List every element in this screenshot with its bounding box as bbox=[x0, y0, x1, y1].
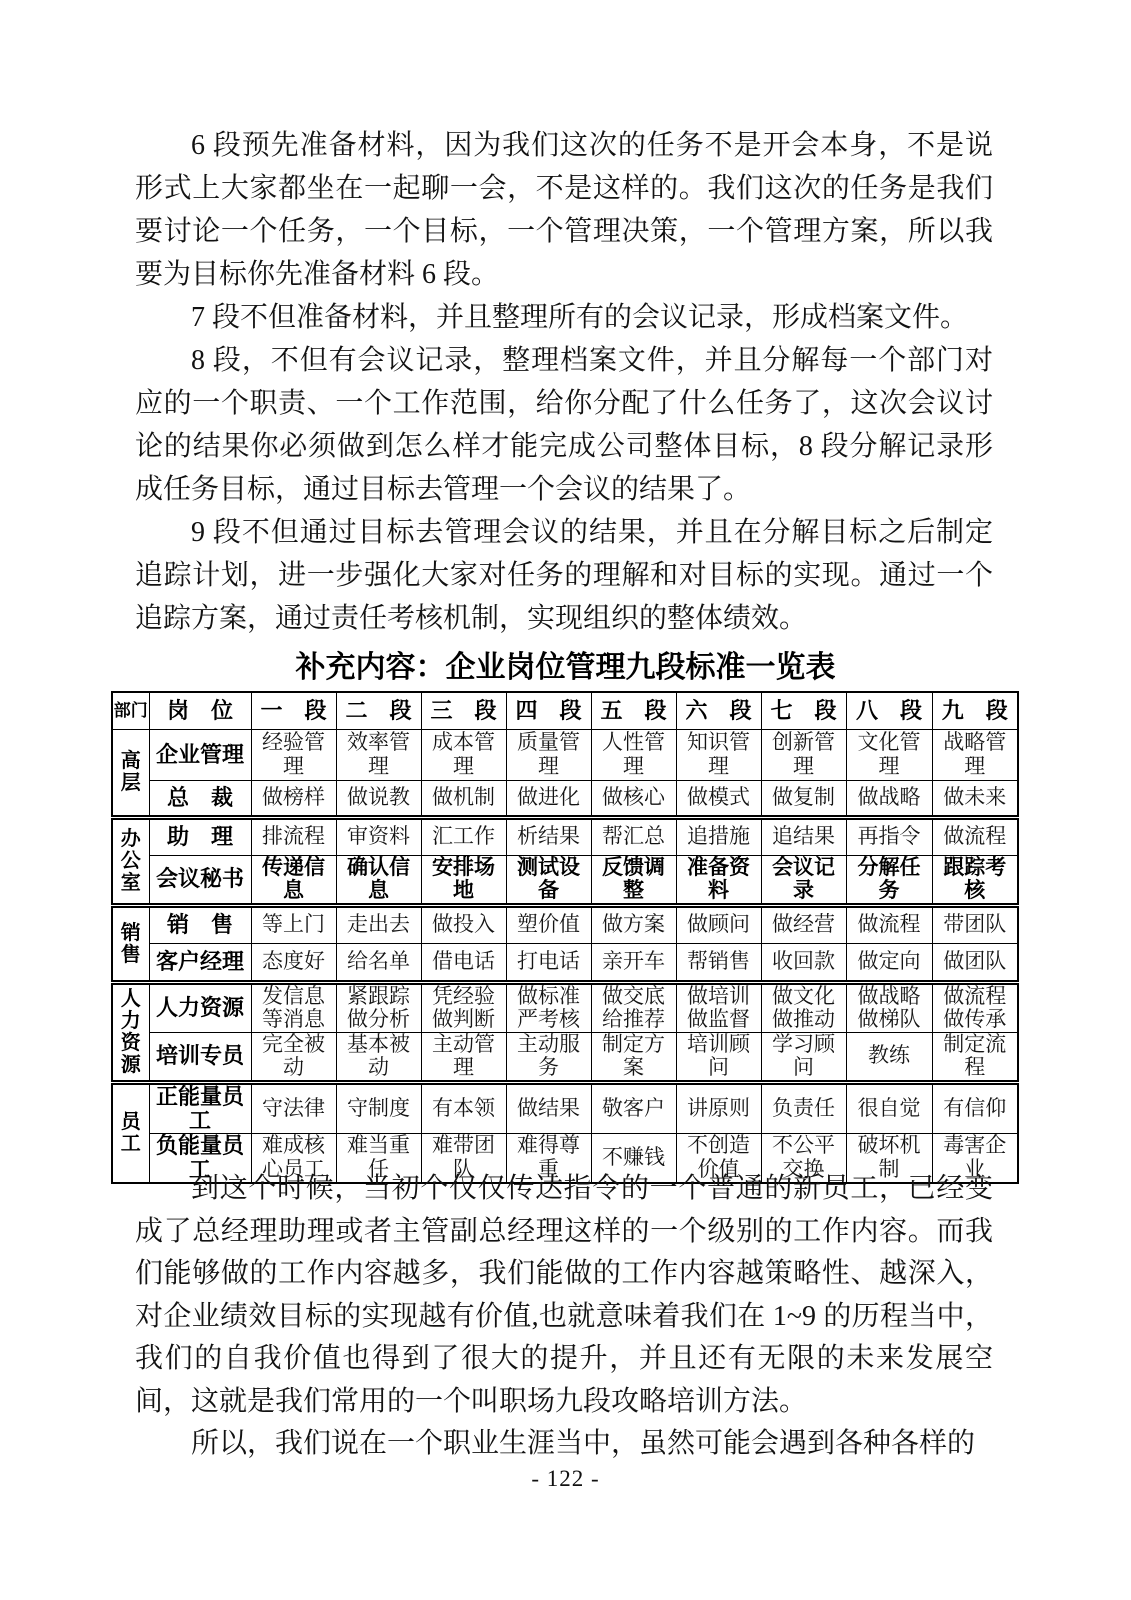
table-cell: 制定方案 bbox=[591, 1032, 676, 1082]
table-cell: 主动服务 bbox=[506, 1032, 591, 1082]
table-cell: 反馈调整 bbox=[591, 855, 676, 905]
table-cell: 做定向 bbox=[846, 943, 932, 982]
table-cell: 成本管理 bbox=[421, 729, 506, 780]
table-cell: 讲原则 bbox=[676, 1082, 761, 1133]
table-cell: 制定流程 bbox=[932, 1032, 1018, 1082]
table-cell: 汇工作 bbox=[421, 817, 506, 855]
table-row-sales: 销售 销 售 等上门 走出去 做投入 塑价值 做方案 做顾问 做经营 做流程 带… bbox=[112, 905, 1018, 943]
table-row-hr: 人力资源 人力资源 发信息等消息 紧跟踪做分析 凭经验做判断 做标准严考核 做交… bbox=[112, 982, 1018, 1032]
table-cell: 凭经验做判断 bbox=[421, 982, 506, 1032]
header-cell-level-8: 八 段 bbox=[846, 692, 932, 729]
table-cell: 做榜样 bbox=[251, 780, 336, 817]
paragraph-level-8: 8 段，不但有会议记录，整理档案文件，并且分解每一个部门对应的一个职责、一个工作… bbox=[135, 339, 993, 511]
table-cell: 人性管理 bbox=[591, 729, 676, 780]
table-cell: 排流程 bbox=[251, 817, 336, 855]
header-cell-level-1: 一 段 bbox=[251, 692, 336, 729]
table-row-assistant: 办公室 助 理 排流程 审资料 汇工作 析结果 帮汇总 追措施 追结果 再指令 … bbox=[112, 817, 1018, 855]
table-cell: 做文化做推动 bbox=[761, 982, 846, 1032]
header-cell-level-4: 四 段 bbox=[506, 692, 591, 729]
table-cell: 做机制 bbox=[421, 780, 506, 817]
table-cell: 做交底给推荐 bbox=[591, 982, 676, 1032]
table-cell: 等上门 bbox=[251, 905, 336, 943]
table-row-enterprise-mgmt: 高层 企业管理 经验管理 效率管理 成本管理 质量管理 人性管理 知识管理 创新… bbox=[112, 729, 1018, 780]
post-cell: 人力资源 bbox=[149, 982, 251, 1032]
table-cell: 带团队 bbox=[932, 905, 1018, 943]
table-cell: 给名单 bbox=[336, 943, 421, 982]
table-cell: 塑价值 bbox=[506, 905, 591, 943]
table-cell: 会议记录 bbox=[761, 855, 846, 905]
table-cell: 态度好 bbox=[251, 943, 336, 982]
post-cell: 客户经理 bbox=[149, 943, 251, 982]
table-cell: 文化管理 bbox=[846, 729, 932, 780]
table-cell: 培训顾问 bbox=[676, 1032, 761, 1082]
table-cell: 有本领 bbox=[421, 1082, 506, 1133]
table-cell: 安排场地 bbox=[421, 855, 506, 905]
table-cell: 做复制 bbox=[761, 780, 846, 817]
table-header-row: 部门 岗 位 一 段 二 段 三 段 四 段 五 段 六 段 七 段 八 段 九… bbox=[112, 692, 1018, 729]
table-cell: 主动管理 bbox=[421, 1032, 506, 1082]
table-cell: 做投入 bbox=[421, 905, 506, 943]
header-cell-level-5: 五 段 bbox=[591, 692, 676, 729]
table-cell: 学习顾问 bbox=[761, 1032, 846, 1082]
table-cell: 传递信息 bbox=[251, 855, 336, 905]
table-cell: 做流程 bbox=[932, 817, 1018, 855]
table-cell: 战略管理 bbox=[932, 729, 1018, 780]
table-cell: 确认信息 bbox=[336, 855, 421, 905]
table-cell: 做说教 bbox=[336, 780, 421, 817]
page-number: - 122 - bbox=[0, 1466, 1131, 1492]
table-cell: 跟踪考核 bbox=[932, 855, 1018, 905]
table-cell: 做方案 bbox=[591, 905, 676, 943]
table-cell: 打电话 bbox=[506, 943, 591, 982]
table-cell: 走出去 bbox=[336, 905, 421, 943]
table-cell: 做核心 bbox=[591, 780, 676, 817]
table-cell: 教练 bbox=[846, 1032, 932, 1082]
table-row-president: 总 裁 做榜样 做说教 做机制 做进化 做核心 做模式 做复制 做战略 做未来 bbox=[112, 780, 1018, 817]
table-cell: 发信息等消息 bbox=[251, 982, 336, 1032]
table-row-account-manager: 客户经理 态度好 给名单 借电话 打电话 亲开车 帮销售 收回款 做定向 做团队 bbox=[112, 943, 1018, 982]
intro-paragraphs: 6 段预先准备材料，因为我们这次的任务不是开会本身，不是说形式上大家都坐在一起聊… bbox=[135, 124, 993, 640]
header-cell-level-2: 二 段 bbox=[336, 692, 421, 729]
header-cell-level-3: 三 段 bbox=[421, 692, 506, 729]
table-cell: 借电话 bbox=[421, 943, 506, 982]
table-cell: 做顾问 bbox=[676, 905, 761, 943]
paragraph-summary: 到这个时候，当初个仅仅传达指令的一个普通的新员工，已经变成了总经理助理或者主管副… bbox=[135, 1168, 993, 1423]
table-cell: 做流程 bbox=[846, 905, 932, 943]
table-cell: 做结果 bbox=[506, 1082, 591, 1133]
dept-cell-sales: 销售 bbox=[112, 905, 149, 982]
table-cell: 质量管理 bbox=[506, 729, 591, 780]
paragraph-level-9: 9 段不但通过目标去管理会议的结果，并且在分解目标之后制定追踪计划，进一步强化大… bbox=[135, 511, 993, 640]
table-cell: 测试设备 bbox=[506, 855, 591, 905]
post-cell: 总 裁 bbox=[149, 780, 251, 817]
table-cell: 析结果 bbox=[506, 817, 591, 855]
header-cell-dept: 部门 bbox=[112, 692, 149, 729]
table-cell: 做模式 bbox=[676, 780, 761, 817]
table-cell: 帮销售 bbox=[676, 943, 761, 982]
paragraph-level-7: 7 段不但准备材料，并且整理所有的会议记录，形成档案文件。 bbox=[135, 296, 993, 339]
table-cell: 做战略做梯队 bbox=[846, 982, 932, 1032]
table-cell: 很自觉 bbox=[846, 1082, 932, 1133]
closing-paragraphs: 到这个时候，当初个仅仅传达指令的一个普通的新员工，已经变成了总经理助理或者主管副… bbox=[135, 1168, 993, 1466]
table-row-meeting-secretary: 会议秘书 传递信息 确认信息 安排场地 测试设备 反馈调整 准备资料 会议记录 … bbox=[112, 855, 1018, 905]
table-cell: 敬客户 bbox=[591, 1082, 676, 1133]
table-row-training-specialist: 培训专员 完全被动 基本被动 主动管理 主动服务 制定方案 培训顾问 学习顾问 … bbox=[112, 1032, 1018, 1082]
table-cell: 分解任务 bbox=[846, 855, 932, 905]
table-cell: 完全被动 bbox=[251, 1032, 336, 1082]
table-cell: 做标准严考核 bbox=[506, 982, 591, 1032]
table-cell: 审资料 bbox=[336, 817, 421, 855]
table-cell: 守法律 bbox=[251, 1082, 336, 1133]
table-cell: 追结果 bbox=[761, 817, 846, 855]
post-cell: 正能量员工 bbox=[149, 1082, 251, 1133]
document-page: 6 段预先准备材料，因为我们这次的任务不是开会本身，不是说形式上大家都坐在一起聊… bbox=[0, 0, 1131, 1600]
table-cell: 经验管理 bbox=[251, 729, 336, 780]
table-cell: 准备资料 bbox=[676, 855, 761, 905]
post-cell: 销 售 bbox=[149, 905, 251, 943]
table-cell: 做团队 bbox=[932, 943, 1018, 982]
table-cell: 紧跟踪做分析 bbox=[336, 982, 421, 1032]
table-cell: 收回款 bbox=[761, 943, 846, 982]
post-cell: 企业管理 bbox=[149, 729, 251, 780]
dept-cell-top-level: 高层 bbox=[112, 729, 149, 817]
table-cell: 知识管理 bbox=[676, 729, 761, 780]
table-cell: 创新管理 bbox=[761, 729, 846, 780]
table-cell: 守制度 bbox=[336, 1082, 421, 1133]
table-cell: 做战略 bbox=[846, 780, 932, 817]
table-cell: 效率管理 bbox=[336, 729, 421, 780]
table-cell: 再指令 bbox=[846, 817, 932, 855]
table-cell: 追措施 bbox=[676, 817, 761, 855]
table-cell: 做未来 bbox=[932, 780, 1018, 817]
table-title: 补充内容：企业岗位管理九段标准一览表 bbox=[0, 646, 1131, 690]
header-cell-level-9: 九 段 bbox=[932, 692, 1018, 729]
paragraph-career: 所以，我们说在一个职业生涯当中，虽然可能会遇到各种各样的 bbox=[135, 1423, 993, 1466]
header-cell-level-7: 七 段 bbox=[761, 692, 846, 729]
paragraph-level-6: 6 段预先准备材料，因为我们这次的任务不是开会本身，不是说形式上大家都坐在一起聊… bbox=[135, 124, 993, 296]
post-cell: 培训专员 bbox=[149, 1032, 251, 1082]
table-cell: 做流程做传承 bbox=[932, 982, 1018, 1032]
table-cell: 负责任 bbox=[761, 1082, 846, 1133]
table-cell: 有信仰 bbox=[932, 1082, 1018, 1133]
table-row-positive-employee: 员工 正能量员工 守法律 守制度 有本领 做结果 敬客户 讲原则 负责任 很自觉… bbox=[112, 1082, 1018, 1133]
table-cell: 帮汇总 bbox=[591, 817, 676, 855]
dept-cell-hr: 人力资源 bbox=[112, 982, 149, 1082]
table-cell: 亲开车 bbox=[591, 943, 676, 982]
nine-level-standard-table: 部门 岗 位 一 段 二 段 三 段 四 段 五 段 六 段 七 段 八 段 九… bbox=[111, 691, 1019, 1184]
header-cell-level-6: 六 段 bbox=[676, 692, 761, 729]
post-cell: 助 理 bbox=[149, 817, 251, 855]
table-cell: 做经营 bbox=[761, 905, 846, 943]
table-cell: 基本被动 bbox=[336, 1032, 421, 1082]
header-cell-post: 岗 位 bbox=[149, 692, 251, 729]
dept-cell-office: 办公室 bbox=[112, 817, 149, 905]
table-cell: 做进化 bbox=[506, 780, 591, 817]
post-cell: 会议秘书 bbox=[149, 855, 251, 905]
table-cell: 做培训做监督 bbox=[676, 982, 761, 1032]
